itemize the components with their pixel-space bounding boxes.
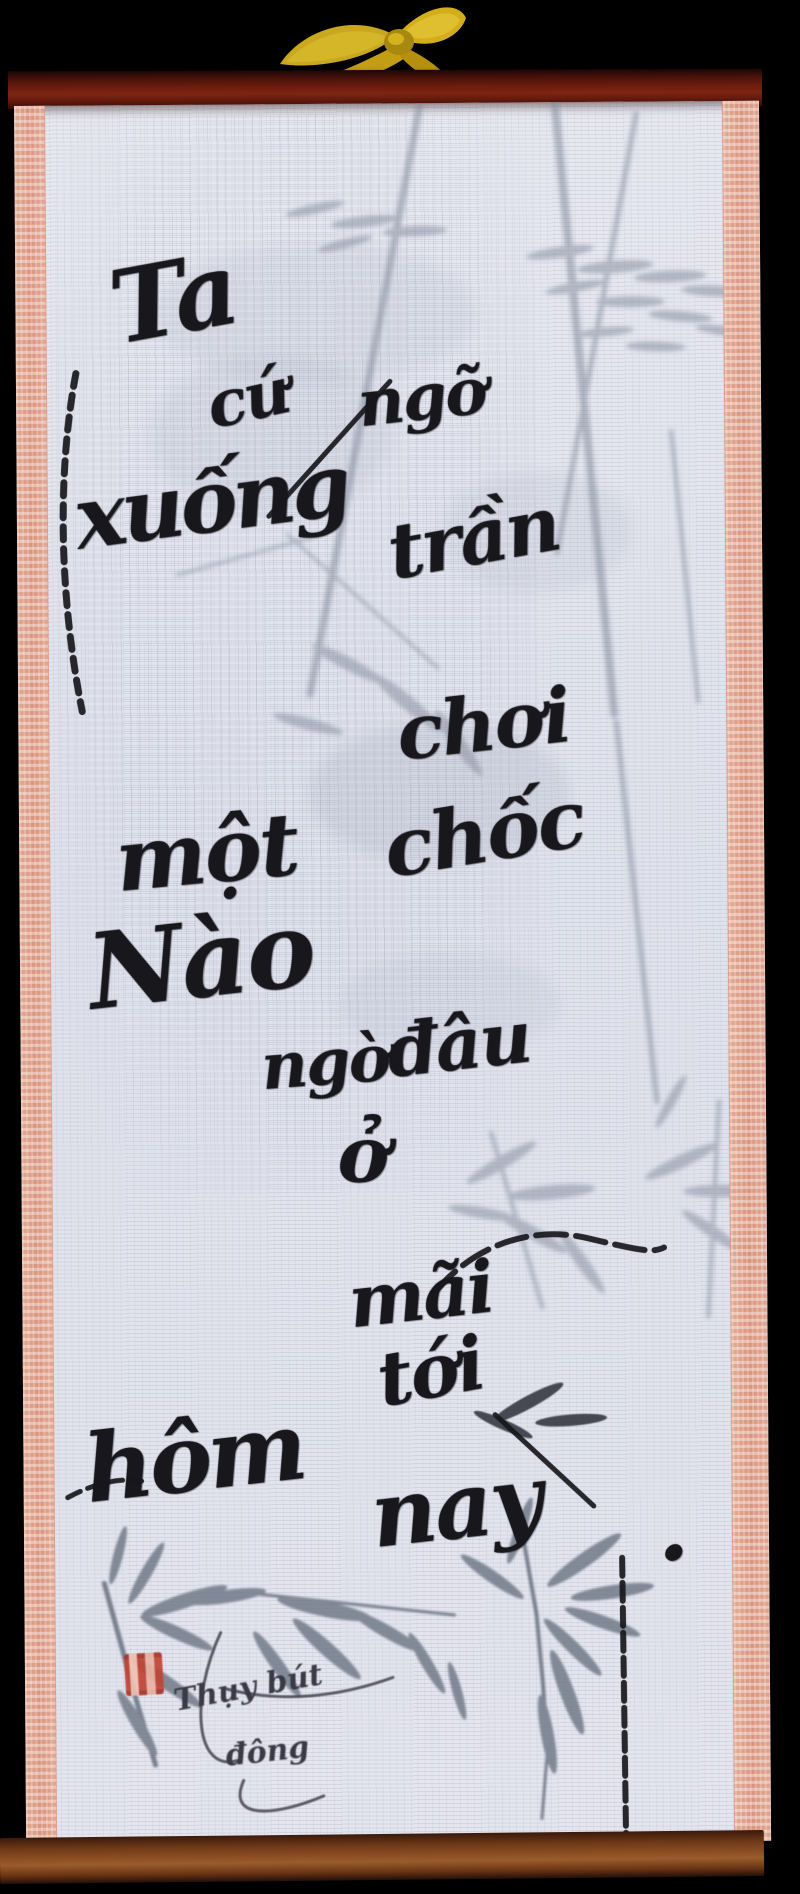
photo-black-background: { "scroll": { "poem": { "full_text": "Ta… [0,0,800,1894]
hanging-scroll-photo: Ta cứ ngỡ xuống trần chơi một chốc Nào n… [0,0,800,1894]
signature-flourish [14,101,771,1846]
scroll-mat: Ta cứ ngỡ xuống trần chơi một chốc Nào n… [14,101,771,1846]
bottom-wooden-rod [0,1830,764,1884]
